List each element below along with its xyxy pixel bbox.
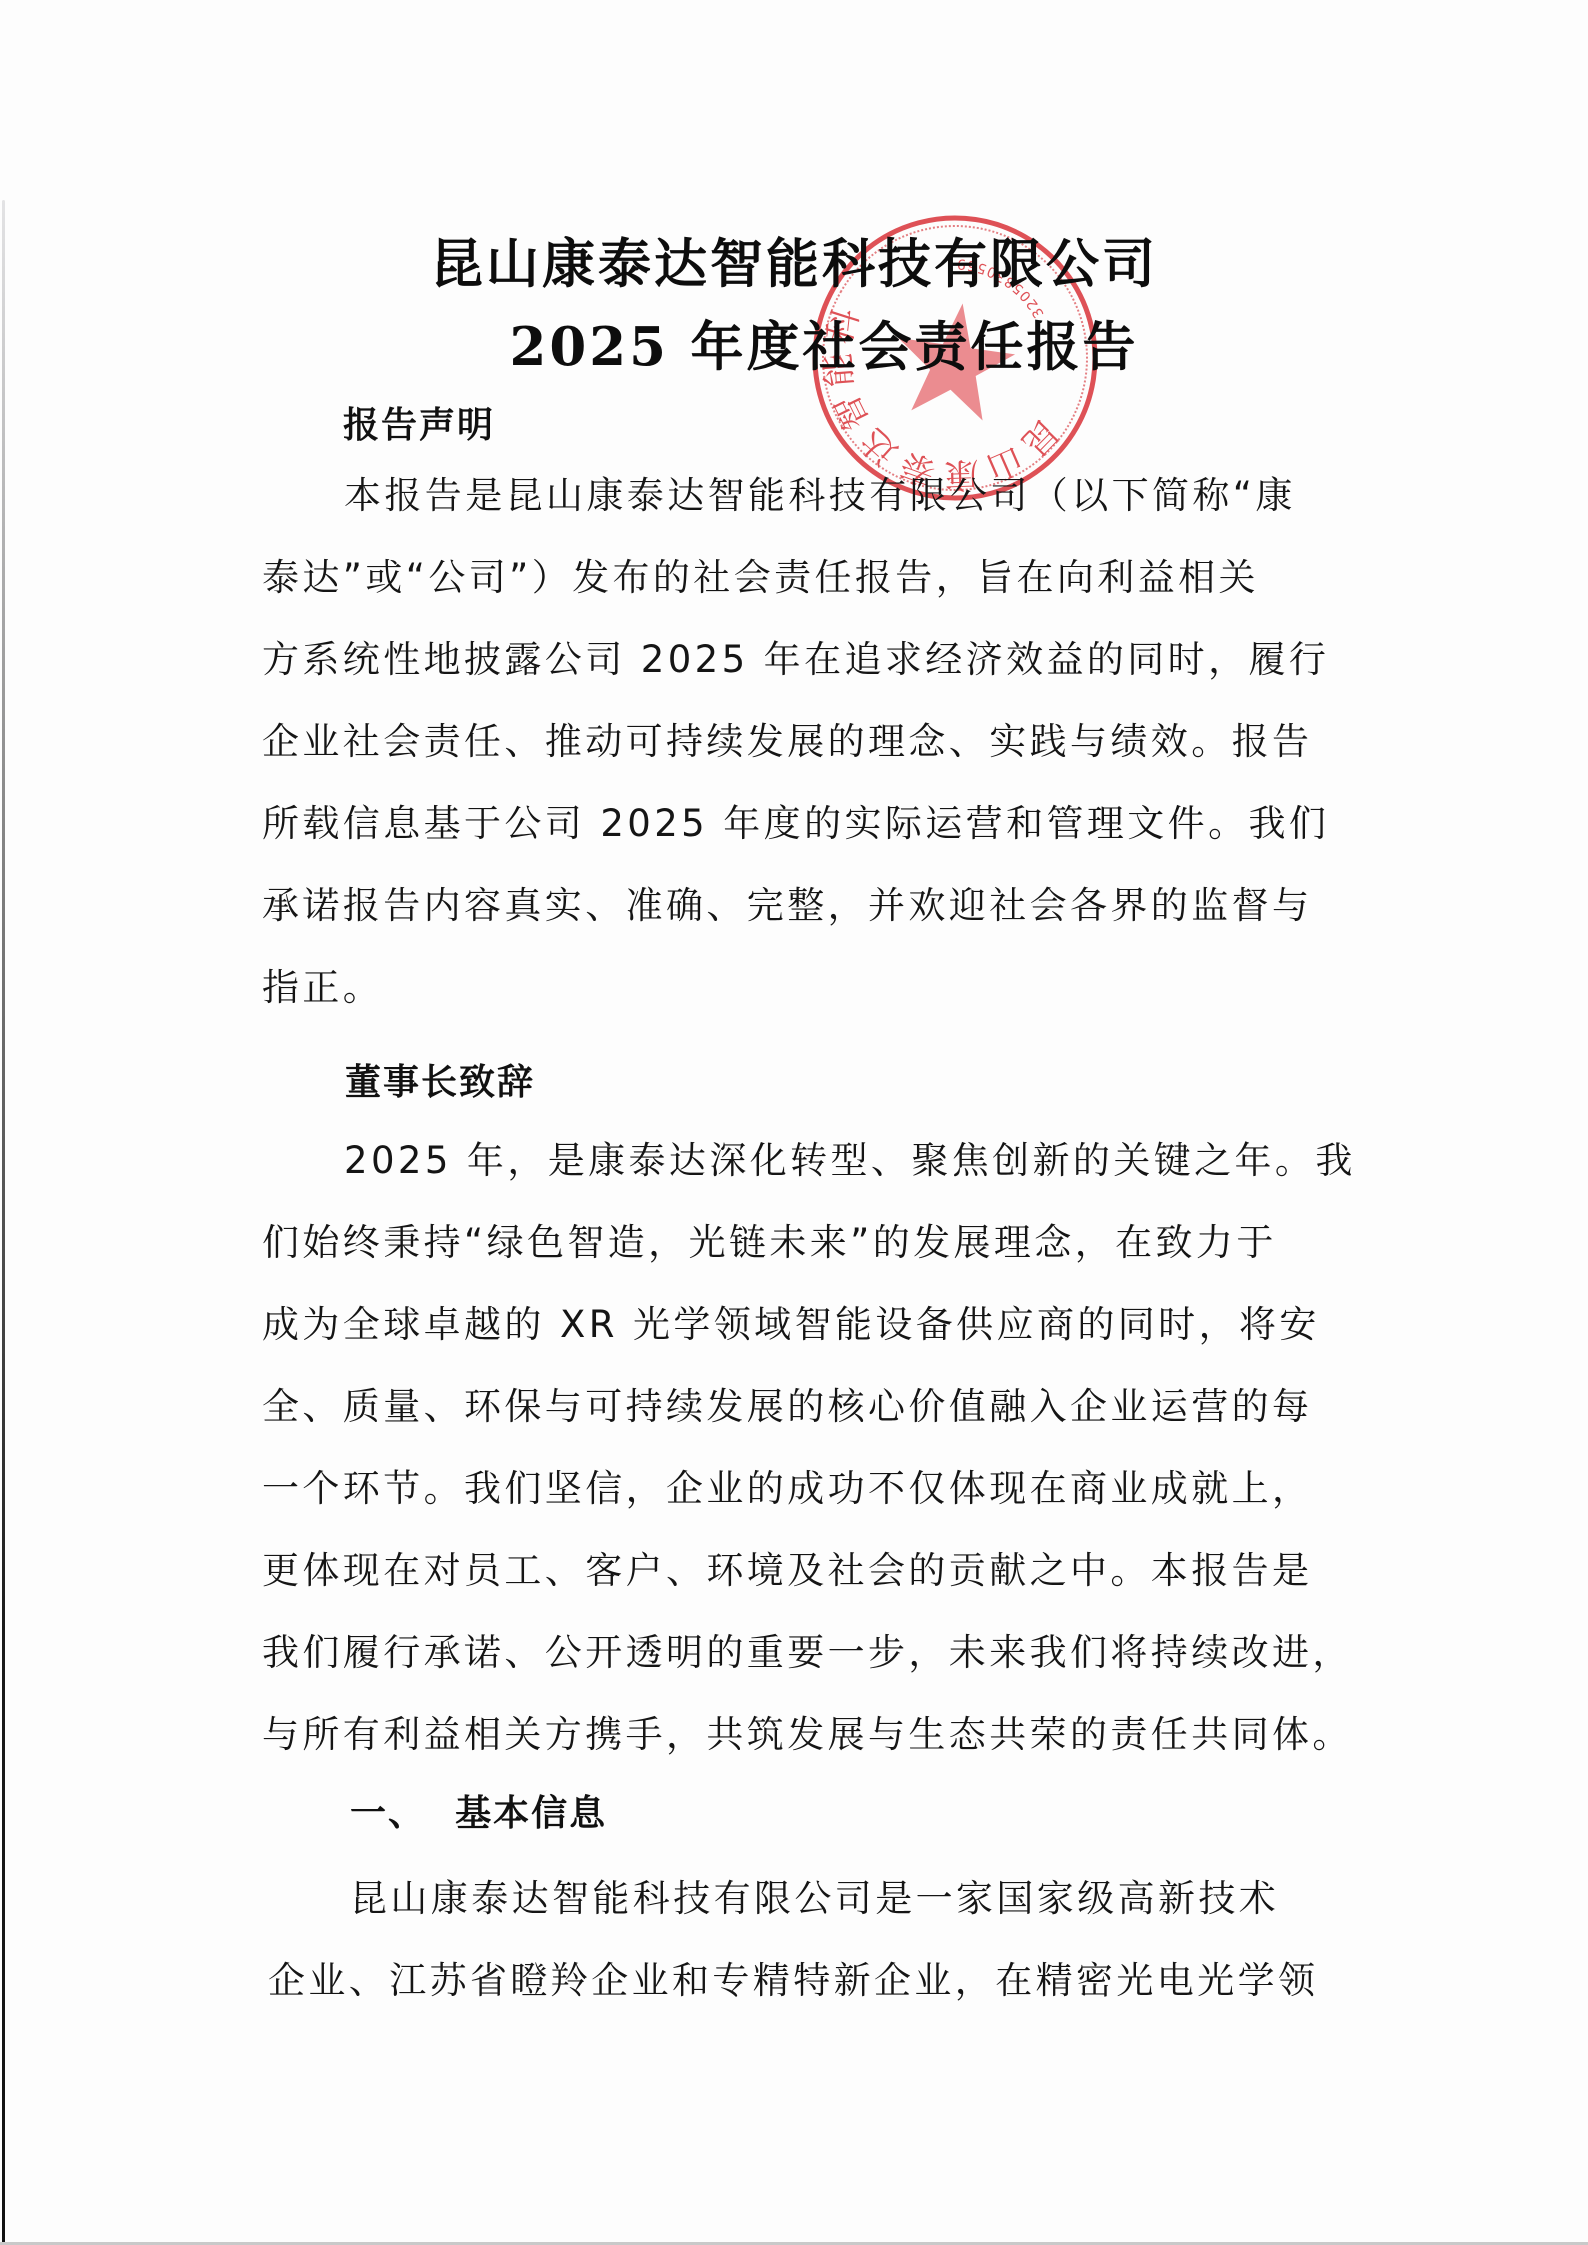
text-line: 指正。: [262, 947, 1337, 1029]
section-heading-statement: 报告声明: [343, 397, 495, 448]
text-line: 泰达”或“公司”）发布的社会责任报告，旨在向利益相关: [262, 537, 1337, 619]
statement-paragraph: 本报告是昆山康泰达智能科技有限公司（以下简称“康 泰达”或“公司”）发布的社会责…: [262, 455, 1337, 1029]
text-line: 所载信息基于公司 2025 年度的实际运营和管理文件。我们: [262, 783, 1337, 865]
text-line: 更体现在对员工、客户、环境及社会的贡献之中。本报告是: [262, 1530, 1337, 1612]
text-line: 昆山康泰达智能科技有限公司是一家国家级高新技术: [268, 1858, 1343, 1940]
document-page: 昆山康泰达智能科技有限公司 3205830569 昆山康泰达智能科技有限公司 2…: [0, 0, 1588, 2245]
text-line: 我们履行承诺、公开透明的重要一步，未来我们将持续改进，: [262, 1612, 1337, 1694]
section-heading-chairman-message: 董事长致辞: [345, 1054, 535, 1105]
text-line: 企业、江苏省瞪羚企业和专精特新企业，在精密光电光学领: [268, 1940, 1343, 2022]
text-line: 一个环节。我们坚信，企业的成功不仅体现在商业成就上，: [262, 1448, 1337, 1530]
basic-info-paragraph: 昆山康泰达智能科技有限公司是一家国家级高新技术 企业、江苏省瞪羚企业和专精特新企…: [268, 1858, 1343, 2022]
text-line: 企业社会责任、推动可持续发展的理念、实践与绩效。报告: [262, 701, 1337, 783]
text-line: 2025 年，是康泰达深化转型、聚焦创新的关键之年。我: [262, 1120, 1337, 1202]
section-heading-basic-info: 一、 基本信息: [350, 1785, 607, 1836]
text-line: 本报告是昆山康泰达智能科技有限公司（以下简称“康: [262, 455, 1337, 537]
document-title-company: 昆山康泰达智能科技有限公司: [0, 222, 1588, 298]
text-line: 方系统性地披露公司 2025 年在追求经济效益的同时，履行: [262, 619, 1337, 701]
text-line: 们始终秉持“绿色智造，光链未来”的发展理念，在致力于: [262, 1202, 1337, 1284]
chairman-message-paragraph: 2025 年，是康泰达深化转型、聚焦创新的关键之年。我 们始终秉持“绿色智造，光…: [262, 1120, 1337, 1776]
scan-edge-artifact: [2, 200, 5, 2245]
document-title-report: 2025 年度社会责任报告: [30, 305, 1588, 381]
text-line: 全、质量、环保与可持续发展的核心价值融入企业运营的每: [262, 1366, 1337, 1448]
text-line: 与所有利益相关方携手，共筑发展与生态共荣的责任共同体。: [262, 1694, 1337, 1776]
text-line: 承诺报告内容真实、准确、完整，并欢迎社会各界的监督与: [262, 865, 1337, 947]
text-line: 成为全球卓越的 XR 光学领域智能设备供应商的同时，将安: [262, 1284, 1337, 1366]
